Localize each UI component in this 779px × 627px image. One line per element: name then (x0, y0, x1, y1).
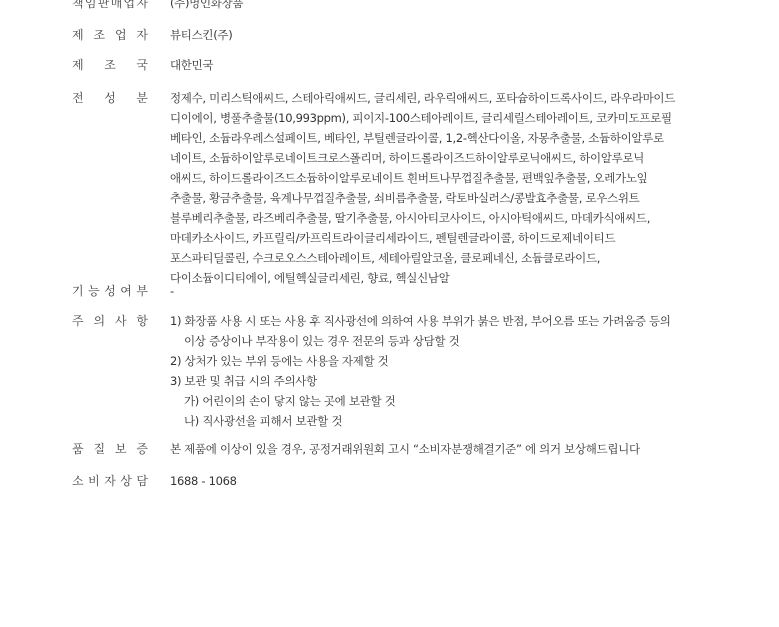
label-char: 임 (85, 0, 97, 13)
label-char: 책 (72, 0, 84, 13)
label-char: 상 (120, 471, 132, 491)
label-quality: 품 질 보 증 (72, 439, 172, 459)
ingredient-line: 디이에이, 병풀추출물(10,993ppm), 피이지-100스테아레이트, 글… (170, 108, 712, 128)
ingredient-line: 마데카소사이드, 카프릴릭/카프릭트라이글리세라이드, 펜틸렌글라이콜, 하이드… (170, 228, 712, 248)
label-char: 성 (104, 281, 116, 301)
label-char: 주 (72, 311, 84, 331)
label-char: 제 (72, 55, 84, 75)
row-seller: 책 임 판 매 업 자 (주)명인화장품 (72, 0, 712, 25)
caution-line: 3) 보관 및 취급 시의 주의사항 (170, 371, 712, 391)
ingredient-line: 네이트, 소듐하이알루로네이트크로스폴리머, 하이드롤라이즈드하이알루로닉애씨드… (170, 148, 712, 168)
value-functional: - (170, 281, 712, 301)
ingredient-line: 포스파티딜콜린, 수크로오스스테아레이트, 세테아릴알코올, 클로페네신, 소듐… (170, 248, 712, 268)
label-char: 보 (115, 439, 127, 459)
value-country: 대한민국 (170, 55, 712, 75)
label-char: 능 (88, 281, 100, 301)
label-char: 비 (88, 471, 100, 491)
ingredient-line: 애씨드, 하이드롤라이즈드소듐하이알루로네이트 흰버트나무껍질추출물, 편백잎추… (170, 168, 712, 188)
ingredient-line: 추출물, 황금추출물, 육계나무껍질추출물, 쇠비름추출물, 락토바실러스/콩발… (170, 188, 712, 208)
label-char: 전 (72, 88, 84, 108)
product-info-table: 책 임 판 매 업 자 (주)명인화장품 제 조 업 자 뷰티스킨(주) 제 조 (72, 0, 712, 501)
label-char: 의 (93, 311, 105, 331)
label-char: 조 (104, 55, 116, 75)
label-char: 부 (136, 281, 148, 301)
label-ingredients: 전 성 분 (72, 88, 172, 108)
caution-line: 가) 어린이의 손이 닿지 않는 곳에 보관할 것 (170, 391, 712, 411)
label-char: 자 (136, 0, 148, 13)
row-maker: 제 조 업 자 뷰티스킨(주) (72, 25, 712, 55)
value-seller: (주)명인화장품 (170, 0, 712, 13)
value-maker: 뷰티스킨(주) (170, 25, 712, 45)
label-char: 국 (136, 55, 148, 75)
label-char: 사 (115, 311, 127, 331)
row-caution: 주 의 사 항 1) 화장품 사용 시 또는 사용 후 직사광선에 의하여 사용… (72, 311, 712, 439)
label-char: 조 (93, 25, 105, 45)
value-quality: 본 제품에 이상이 있을 경우, 공정거래위원회 고시 “소비자분쟁해결기준” … (170, 439, 712, 459)
label-country: 제 조 국 (72, 55, 172, 75)
label-char: 항 (136, 311, 148, 331)
label-char: 기 (72, 281, 84, 301)
caution-line: 2) 상처가 있는 부위 등에는 사용을 자제할 것 (170, 351, 712, 371)
label-char: 업 (115, 25, 127, 45)
caution-line: 나) 직사광선을 피해서 보관할 것 (170, 411, 712, 431)
label-functional: 기 능 성 여 부 (72, 281, 172, 301)
label-consult: 소 비 자 상 담 (72, 471, 172, 491)
label-char: 질 (93, 439, 105, 459)
ingredient-line: 정제수, 미리스틱애씨드, 스테아릭애씨드, 글리세린, 라우릭애씨드, 포타슘… (170, 88, 712, 108)
row-quality: 품 질 보 증 본 제품에 이상이 있을 경우, 공정거래위원회 고시 “소비자… (72, 439, 712, 471)
row-ingredients: 전 성 분 정제수, 미리스틱애씨드, 스테아릭애씨드, 글리세린, 라우릭애씨… (72, 88, 712, 281)
label-caution: 주 의 사 항 (72, 311, 172, 331)
label-char: 판 (98, 0, 110, 13)
label-char: 성 (104, 88, 116, 108)
label-char: 분 (136, 88, 148, 108)
label-char: 제 (72, 25, 84, 45)
label-char: 자 (104, 471, 116, 491)
label-char: 자 (136, 25, 148, 45)
ingredient-line: 베타인, 소듐라우레스설페이트, 베타인, 부틸렌글라이콜, 1,2-헥산다이올… (170, 128, 712, 148)
label-maker: 제 조 업 자 (72, 25, 172, 45)
value-ingredients: 정제수, 미리스틱애씨드, 스테아릭애씨드, 글리세린, 라우릭애씨드, 포타슘… (170, 88, 712, 288)
row-consult: 소 비 자 상 담 1688 - 1068 (72, 471, 712, 501)
ingredient-line: 블루베리추출물, 라즈베리추출물, 딸기추출물, 아시아티코사이드, 아시아틱애… (170, 208, 712, 228)
label-char: 증 (136, 439, 148, 459)
row-country: 제 조 국 대한민국 (72, 55, 712, 88)
label-char: 소 (72, 471, 84, 491)
label-char: 담 (136, 471, 148, 491)
caution-line: 이상 증상이나 부작용이 있는 경우 전문의 등과 상담할 것 (170, 331, 712, 351)
label-seller: 책 임 판 매 업 자 (72, 0, 172, 13)
label-char: 여 (120, 281, 132, 301)
caution-line: 1) 화장품 사용 시 또는 사용 후 직사광선에 의하여 사용 부위가 붉은 … (170, 311, 712, 331)
label-char: 매 (111, 0, 123, 13)
value-consult: 1688 - 1068 (170, 471, 712, 491)
label-char: 품 (72, 439, 84, 459)
value-caution: 1) 화장품 사용 시 또는 사용 후 직사광선에 의하여 사용 부위가 붉은 … (170, 311, 712, 431)
label-char: 업 (124, 0, 136, 13)
row-functional: 기 능 성 여 부 - (72, 281, 712, 311)
